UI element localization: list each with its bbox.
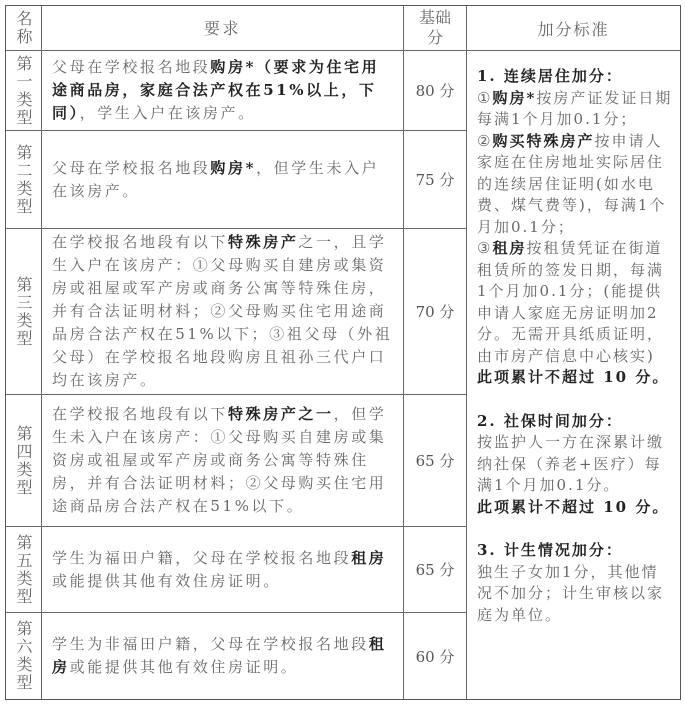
- row-2-score: 75 分: [404, 131, 467, 229]
- row-3-requirement: 在学校报名地段有以下特殊房产之一，且学生入户在该房产：①父母购买自建房或集资房或…: [42, 229, 404, 395]
- bonus-section-2-text: 按监护人一方在深累计缴纳社保（养老+医疗）每满1个月加0.1分。: [477, 432, 674, 497]
- bonus-item-purchase: ①购房*按房产证发证日期每满1个月加0.1分；: [477, 88, 674, 131]
- bonus-section-3-title: 3. 计生情况加分：: [477, 540, 674, 562]
- row-3-score: 70 分: [404, 229, 467, 395]
- admission-criteria-table: 名称 要求 基础分 加分标准 第一类型 父母在学校报名地段购房*（要求为住宅用途…: [5, 5, 681, 700]
- row-2-name: 第二类型: [6, 131, 42, 229]
- header-name: 名称: [6, 6, 42, 51]
- row-6-requirement: 学生为非福田户籍，父母在学校报名地段租房或能提供其他有效住房证明。: [42, 613, 404, 699]
- bonus-section-2-title: 2. 社保时间加分：: [477, 411, 674, 433]
- bonus-criteria-cell: 1. 连续居住加分： ①购房*按房产证发证日期每满1个月加0.1分； ②购买特殊…: [467, 52, 680, 699]
- row-5-name: 第五类型: [6, 527, 42, 613]
- header-bonus: 加分标准: [467, 6, 680, 51]
- row-3-name: 第三类型: [6, 229, 42, 395]
- row-6-score: 60 分: [404, 613, 467, 699]
- bonus-section-1-cap: 此项累计不超过 10 分。: [477, 367, 674, 389]
- bonus-section-3-text: 独生子女加1分，其他情况不加分；计生审核以家庭为单位。: [477, 562, 674, 627]
- row-1-requirement: 父母在学校报名地段购房*（要求为住宅用途商品房，家庭合法产权在51%以上，下同）…: [42, 51, 404, 131]
- bonus-section-2-cap: 此项累计不超过 10 分。: [477, 497, 674, 519]
- row-2-requirement: 父母在学校报名地段购房*，但学生未入户在该房产。: [42, 131, 404, 229]
- row-5-requirement: 学生为福田户籍，父母在学校报名地段租房或能提供其他有效住房证明。: [42, 527, 404, 613]
- row-4-score: 65 分: [404, 395, 467, 527]
- header-requirement: 要求: [42, 6, 404, 51]
- row-6-name: 第六类型: [6, 613, 42, 699]
- row-1-name: 第一类型: [6, 51, 42, 131]
- bonus-item-special-property: ②购买特殊房产按申请人家庭在住房地址实际居住的连续居住证明(如水电费、煤气费等)…: [477, 131, 674, 239]
- row-4-name: 第四类型: [6, 395, 42, 527]
- row-1-score: 80 分: [404, 51, 467, 131]
- bonus-section-1-title: 1. 连续居住加分：: [477, 66, 674, 88]
- header-base-score: 基础分: [404, 6, 467, 51]
- row-4-requirement: 在学校报名地段有以下特殊房产之一，但学生未入户在该房产：①父母购买自建房或集资房…: [42, 395, 404, 527]
- bonus-item-rental: ③租房按租赁凭证在街道租赁所的签发日期，每满1个月加0.1分；(能提供申请人家庭…: [477, 238, 674, 367]
- row-5-score: 65 分: [404, 527, 467, 613]
